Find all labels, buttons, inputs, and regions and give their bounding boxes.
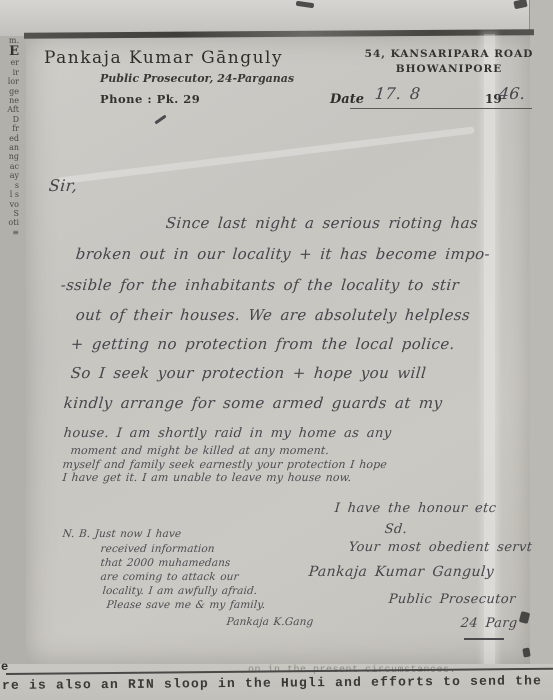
body-small-line: moment and might be killed at any moment… — [70, 444, 330, 457]
body-small-line: house. I am shortly raid in my home as a… — [63, 426, 392, 441]
newsprint-fragment: an — [9, 143, 19, 152]
newsprint-fragment: S — [14, 209, 19, 218]
newsprint-fragment: ed — [9, 134, 19, 143]
typed-text-line: re is also an RIN sloop in the Hugli and… — [2, 673, 542, 693]
letter-paper: Pankaja Kumar Gānguly Public Prosecutor,… — [26, 34, 530, 664]
body-line: + getting no protection from the local p… — [70, 335, 456, 353]
paper-crease — [57, 126, 475, 184]
newsprint-fragment: ir — [13, 68, 19, 77]
ink-smudge — [513, 0, 527, 9]
newsprint-fragment: D — [13, 115, 19, 124]
note-line: are coming to attack our — [100, 571, 239, 583]
letterhead-phone: Phone : Pk. 29 — [100, 92, 200, 106]
date-handwritten: 17. 8 — [374, 84, 421, 103]
body-line: kindly arrange for some armed guards at … — [63, 394, 443, 412]
note-line: locality. I am awfully afraid. — [102, 585, 258, 597]
letterhead-name: Pankaja Kumar Gānguly — [44, 48, 283, 68]
newsprint-fragment: ac — [10, 162, 19, 171]
body-small-line: myself and family seek earnestly your pr… — [62, 458, 387, 471]
body-line: out of their houses. We are absolutely h… — [75, 306, 471, 324]
newsprint-fragment: vo — [10, 200, 19, 209]
newsprint-fragment: l s — [10, 190, 19, 199]
closing-obedient-line: Your most obedient servt — [348, 540, 533, 555]
note-signature: Pankaja K.Gang — [226, 616, 314, 628]
ink-smudge — [522, 647, 530, 657]
salutation: Sir, — [48, 176, 78, 195]
newsprint-fragment: oti — [8, 218, 19, 227]
body-line: -ssible for the inhabitants of the local… — [60, 276, 460, 294]
ink-smudge — [519, 611, 530, 624]
scanned-letter-page: m. E er ir lor ge ne Aft D fr ed an ng a… — [0, 0, 553, 700]
newsprint-fragment: E — [9, 45, 19, 58]
letterhead-address-line2: BHOWANIPORE — [344, 63, 553, 75]
date-label: Date — [330, 92, 364, 107]
letterhead-title: Public Prosecutor, 24-Parganas — [100, 72, 294, 85]
signature-name: Pankaja Kumar Ganguly — [308, 564, 495, 580]
newsprint-fragment: ge — [9, 87, 19, 96]
newsprint-margin-column: m. E er ir lor ge ne Aft D fr ed an ng a… — [0, 36, 23, 237]
scan-background-right — [529, 0, 553, 664]
body-line: broken out in our locality + it has beco… — [75, 245, 491, 263]
newsprint-fragment: ≡ — [12, 228, 19, 237]
body-line: So I seek your protection + hope you wil… — [70, 364, 427, 382]
newsprint-fragment: ne — [9, 96, 19, 105]
year-handwritten: 46. — [498, 84, 526, 103]
newsprint-fragment: Aft — [7, 105, 19, 114]
signature-underline — [464, 638, 504, 640]
body-small-line: I have get it. I am unable to leave my h… — [62, 471, 352, 484]
closing-sd: Sd. — [384, 522, 408, 537]
newsprint-fragment: fr — [12, 124, 19, 133]
note-line: Please save me & my family. — [106, 599, 266, 611]
note-line: N. B. Just now I have — [62, 528, 182, 540]
note-line: that 2000 muhamedans — [100, 557, 231, 569]
note-line: received information — [100, 543, 215, 555]
letterhead-address-line1: 54, KANSARIPARA ROAD — [344, 48, 553, 60]
signature-title: Public Prosecutor — [388, 592, 516, 607]
typed-document-strip: e on in the present circumstances. re is… — [0, 664, 553, 700]
newsprint-fragment: ay — [10, 171, 19, 180]
newsprint-fragment: lor — [8, 77, 19, 86]
closing-honour-line: I have the honour etc — [334, 501, 497, 516]
date-rule — [350, 108, 532, 109]
body-line: Since last night a serious rioting has — [165, 214, 479, 232]
typed-stray-char: e — [1, 660, 8, 674]
ink-smudge — [296, 1, 315, 8]
newsprint-fragment: ng — [9, 152, 19, 161]
signature-district: 24 Parg — [460, 616, 518, 631]
pen-mark — [154, 115, 166, 125]
newsprint-fragment: s — [15, 181, 19, 190]
newsprint-fragment: er — [10, 58, 19, 67]
